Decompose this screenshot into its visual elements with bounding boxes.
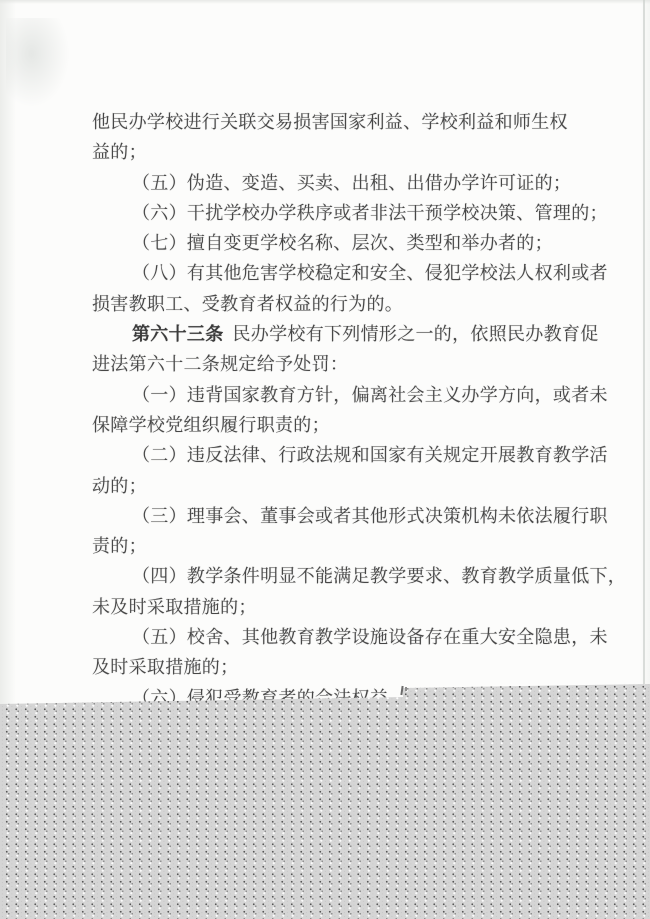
text-line: 及时采取措施的； [92, 652, 640, 682]
text-line: （八）有其他危害学校稳定和安全、侵犯学校法人权利或者 [92, 258, 640, 288]
text-line: 未及时采取措施的； [92, 592, 640, 622]
text-line: （六）干扰学校办学秩序或者非法干预学校决策、管理的； [92, 198, 640, 228]
text-line: （三）理事会、董事会或者其他形式决策机构未依法履行职 [92, 501, 640, 531]
text-line: （五）伪造、变造、买卖、出租、出借办学许可证的； [92, 168, 640, 198]
text-line: 责的； [92, 531, 640, 561]
text-line: 他民办学校进行关联交易损害国家利益、学校利益和师生权 [92, 107, 640, 137]
text-line: （一）违背国家教育方针，偏离社会主义办学方向，或者未 [92, 380, 640, 410]
scanned-document-page: 他民办学校进行关联交易损害国家利益、学校利益和师生权 益的； （五）伪造、变造、… [0, 0, 650, 919]
text-line: （七）擅自变更学校名称、层次、类型和举办者的； [92, 228, 640, 258]
page-edge-line [643, 0, 645, 700]
text-line: 损害教职工、受教育者权益的行为的。 [92, 289, 640, 319]
text-line: 益的； [92, 137, 640, 167]
article-text: 民办学校有下列情形之一的，依照民办教育促 [233, 324, 599, 344]
scan-smudge [6, 18, 70, 108]
text-line: （五）校舍、其他教育教学设施设备存在重大安全隐患，未 [92, 622, 640, 652]
article-number-label: 第六十三条 [132, 324, 224, 344]
text-line: （四）教学条件明显不能满足教学要求、教育教学质量低下， [92, 561, 640, 591]
ink-artifact [400, 686, 408, 696]
halftone-redaction-block [0, 682, 650, 919]
text-line: 进法第六十二条规定给予处罚： [92, 349, 640, 379]
document-body: 他民办学校进行关联交易损害国家利益、学校利益和师生权 益的； （五）伪造、变造、… [92, 107, 640, 713]
text-line: 保障学校党组织履行职责的； [92, 410, 640, 440]
text-line-article-63: 第六十三条民办学校有下列情形之一的，依照民办教育促 [92, 319, 640, 349]
text-line: 动的； [92, 471, 640, 501]
text-line: （二）违反法律、行政法规和国家有关规定开展教育教学活 [92, 440, 640, 470]
